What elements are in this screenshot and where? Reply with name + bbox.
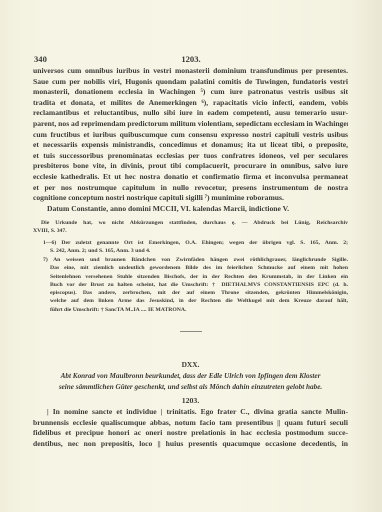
footnote-line: Das eine, mit ziemlich undeutlich geword… <box>33 264 348 272</box>
footnote-line: S. 242, Anm. 2; und S. 165, Anm. 3 und 4… <box>33 247 348 255</box>
text-line: et necessariis expensis ministrandis, co… <box>33 140 348 151</box>
source-note: Die Urkunde hat, wo nicht Abkürzungen st… <box>33 219 348 236</box>
text-line: et tuis successoribus prenominatas eccle… <box>33 151 348 162</box>
text-line: reclamantibus et reluctantibus, nullo si… <box>33 108 348 119</box>
document-year: 1203. <box>33 396 348 405</box>
document-2-text: | In nomine sancte et individue | trinit… <box>33 407 348 449</box>
text-line: dentibus, nec non prepositis, loco || hu… <box>33 439 348 450</box>
footnote-line: welche auf dem linken Arme das Jesuskind… <box>33 297 348 305</box>
text-line: universos cum omnibus iuribus in vestri … <box>33 66 348 77</box>
text-line: monasterii, donationem ecclesia in Wachi… <box>33 87 348 98</box>
page-header: 340 1203. <box>34 54 348 66</box>
footnote-line: führt die Umschrift: † SancTA M..IA ....… <box>33 306 348 314</box>
text-line: brunnensis ecclesie qualiscumque abbas, … <box>33 418 348 429</box>
text-line: fidelibus et precipue honori ac oneri no… <box>33 428 348 439</box>
document-number: DXX. <box>33 360 348 369</box>
document-page: 340 1203. universos cum omnibus iuribus … <box>0 0 382 512</box>
note-line: XVIII, S. 347. <box>33 227 348 235</box>
footnote-1-6: 1—6) Der zuletzt genannte Ort ist Emerki… <box>33 239 348 256</box>
document-title: Abt Konrad von Maulbronn beurkundet, das… <box>33 371 348 393</box>
text-line: | In nomine sancte et individue | trinit… <box>33 407 348 418</box>
text-line: et per nos nostrumque capitulum in nullo… <box>33 183 348 194</box>
running-year: 1203. <box>34 54 348 64</box>
footnote-line: Buch vor der Brust zu halten scheint, ha… <box>33 281 348 289</box>
title-line: seine sämmtlichen Güter geschenkt, und s… <box>33 382 348 393</box>
footnote-line: Seitenlehnen versehenen Stuhle sitzenden… <box>33 273 348 281</box>
text-line: tradita et donata, et milites de Anemerk… <box>33 98 348 109</box>
title-line: Abt Konrad von Maulbronn beurkundet, das… <box>33 371 348 382</box>
section-divider <box>180 331 202 332</box>
main-text: universos cum omnibus iuribus in vestri … <box>33 66 348 214</box>
text-line: cognitione conceptum nostri nostrique ca… <box>33 193 348 204</box>
datum-line: Datum Constantie, anno domini MCCII, VI.… <box>33 204 348 215</box>
footnote-line: episcopus). Das andere, zerbrochen, mit … <box>33 289 348 297</box>
footnote-7: 7) An weissen und braunen Bändchen von Z… <box>33 256 348 314</box>
footnote-line: 7) An weissen und braunen Bändchen von Z… <box>33 256 348 264</box>
text-line: ecclesie kathedralis. Et ut hec nostra d… <box>33 172 348 183</box>
text-line: parent, nos ad reprimendam predictorum m… <box>33 119 348 130</box>
footnote-line: 1—6) Der zuletzt genannte Ort ist Emerki… <box>33 239 348 247</box>
note-line: Die Urkunde hat, wo nicht Abkürzungen st… <box>33 219 348 227</box>
text-line: cum fructibus et iuribus quibuscumque cu… <box>33 130 348 141</box>
text-line: presbiteros bone vite, in divinis, prout… <box>33 161 348 172</box>
text-line: Saue cum per nobilis viri, Hugonis quond… <box>33 77 348 88</box>
